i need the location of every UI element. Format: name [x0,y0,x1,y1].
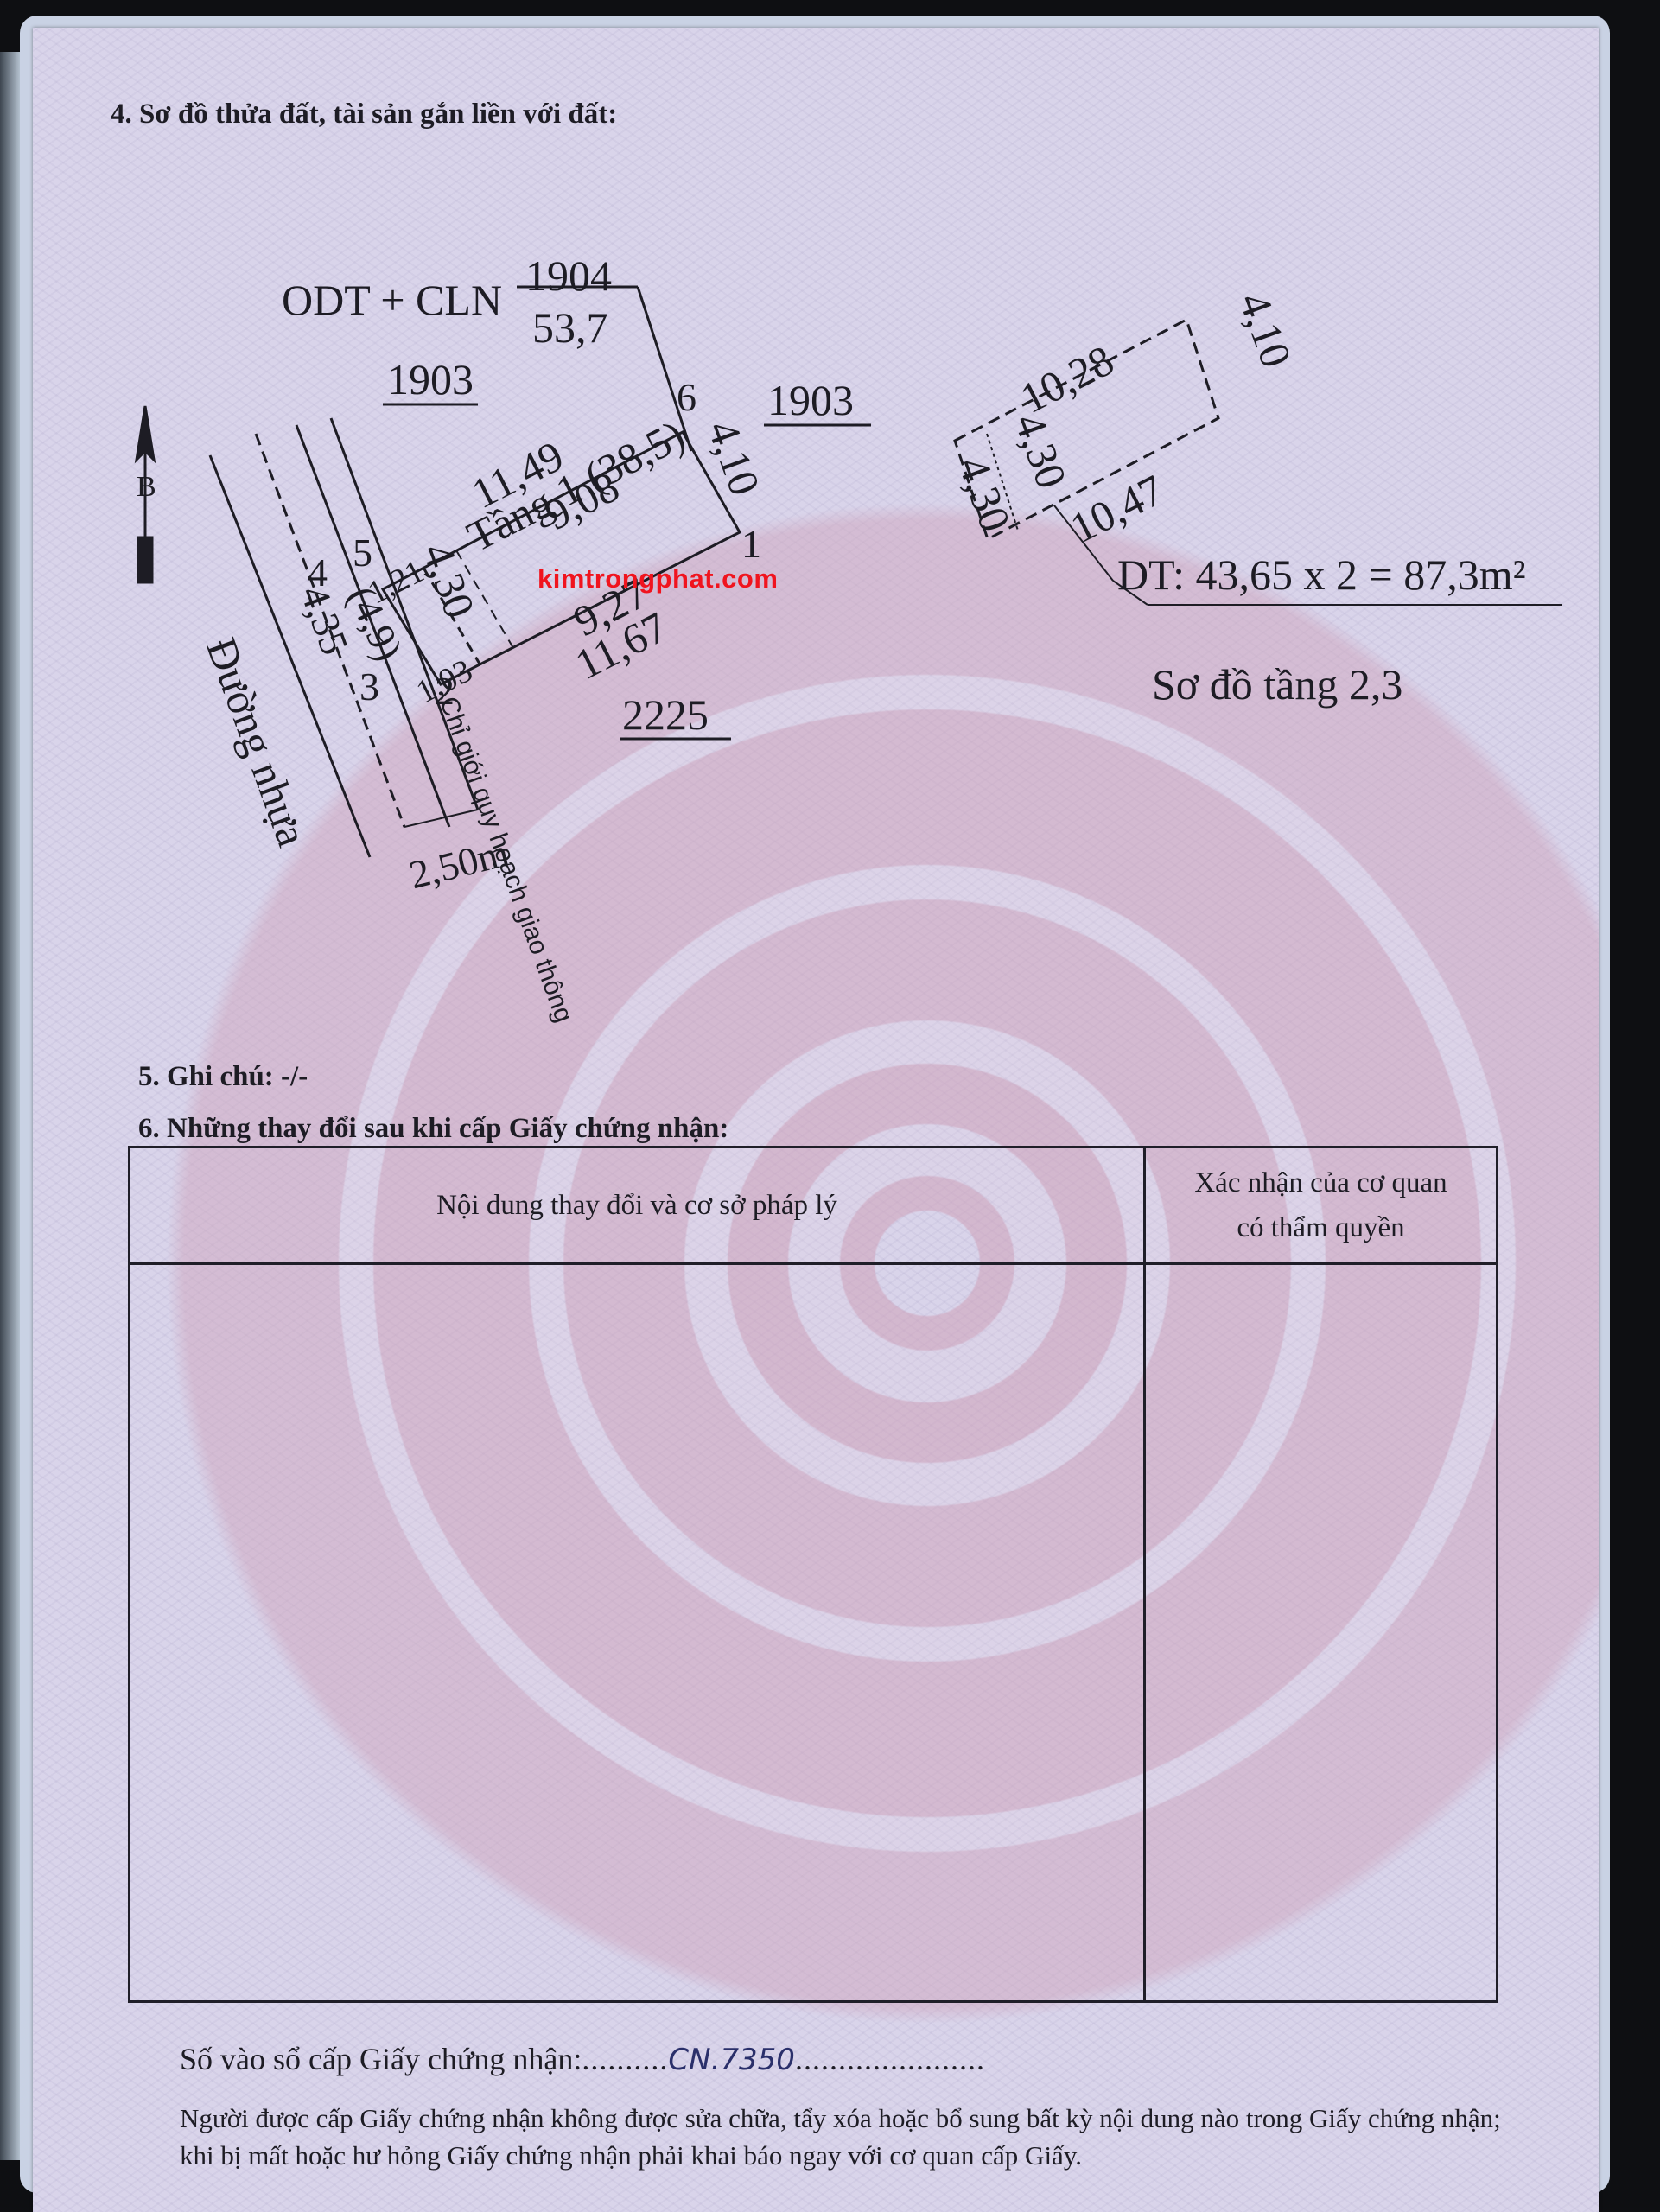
header-authority-confirmation: Xác nhận của cơ quan có thẩm quyền [1146,1148,1496,1262]
neighbor-parcel-1903-left: 1903 [387,358,474,401]
changes-table: Nội dung thay đổi và cơ sở pháp lý Xác n… [128,1146,1498,2003]
vertex-6: 6 [677,378,696,417]
header-authority-line2: có thẩm quyền [1237,1205,1404,1250]
section5-notes: 5. Ghi chú: -/- [138,1061,308,1093]
registration-dots-after: ...................... [795,2042,985,2076]
neighbor-parcel-1903-right: 1903 [767,378,854,422]
parcel-number: 1904 [525,254,612,297]
registration-label: Số vào sổ cấp Giấy chứng nhận: [180,2042,582,2076]
land-use-code: ODT + CLN [282,278,502,321]
parcel-diagram-lines [33,28,1599,1065]
authority-confirmation-cell [1146,1265,1496,2000]
upper-area-formula: DT: 43,65 x 2 = 87,3m² [1117,553,1526,596]
certificate-page: 4. Sơ đồ thửa đất, tài sản gắn liền với … [33,28,1599,2212]
north-label: B [137,473,156,502]
header-authority-line1: Xác nhận của cơ quan [1194,1160,1447,1205]
watermark: kimtrongphat.com [537,563,778,594]
vertex-5: 5 [353,533,372,573]
vertex-1: 1 [741,524,761,564]
change-content-cell [130,1265,1143,2000]
registration-line: Số vào sổ cấp Giấy chứng nhận:..........… [180,2041,985,2077]
registration-number: CN.7350 [668,2043,795,2077]
vertex-3: 3 [359,667,379,707]
neighbor-parcel-2225: 2225 [622,693,709,736]
footer-warning-note: Người được cấp Giấy chứng nhận không đượ… [180,2100,1528,2174]
section6-heading: 6. Những thay đổi sau khi cấp Giấy chứng… [138,1113,728,1145]
parcel-area: 53,7 [532,306,608,349]
registration-dots-before: .......... [582,2042,668,2076]
upper-floor-caption: Sơ đồ tầng 2,3 [1152,663,1402,706]
header-change-content: Nội dung thay đổi và cơ sở pháp lý [130,1148,1143,1262]
